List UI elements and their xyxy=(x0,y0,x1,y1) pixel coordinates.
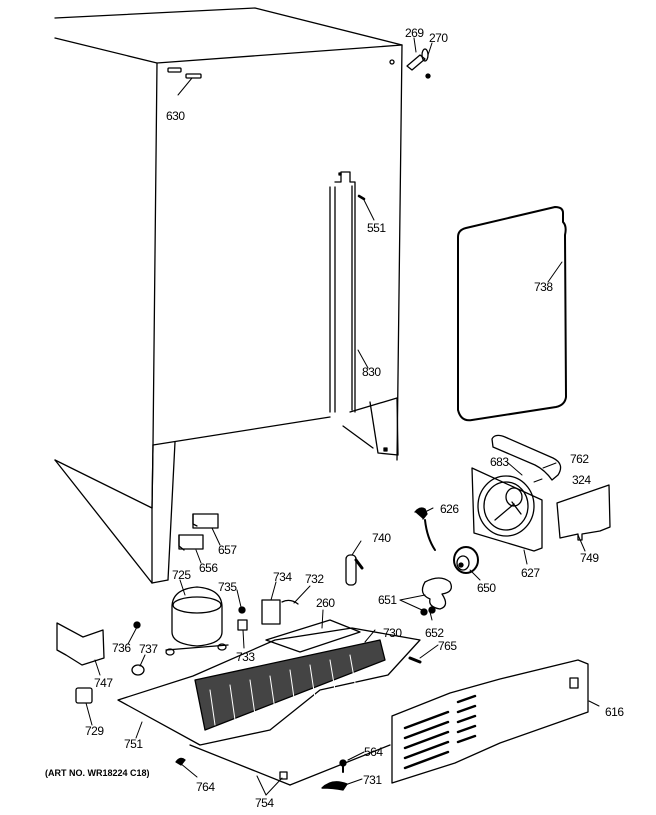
part-label-551[interactable]: 551 xyxy=(367,222,386,234)
part-label-738[interactable]: 738 xyxy=(534,281,553,293)
part-label-657[interactable]: 657 xyxy=(218,544,237,556)
part-label-754[interactable]: 754 xyxy=(255,797,274,809)
part-label-751[interactable]: 751 xyxy=(124,738,143,750)
part-label-765[interactable]: 765 xyxy=(438,640,457,652)
brackets xyxy=(179,514,218,550)
part-label-269[interactable]: 269 xyxy=(405,27,424,39)
part-label-652[interactable]: 652 xyxy=(425,627,444,639)
fan-shroud xyxy=(472,468,542,551)
heater-loop xyxy=(458,207,566,420)
diagram-drawing xyxy=(0,0,656,815)
part-label-729[interactable]: 729 xyxy=(85,725,104,737)
capacitor xyxy=(346,555,362,585)
part-label-651[interactable]: 651 xyxy=(378,594,397,606)
part-label-830[interactable]: 830 xyxy=(362,366,381,378)
part-label-762[interactable]: 762 xyxy=(570,453,589,465)
part-label-270[interactable]: 270 xyxy=(429,32,448,44)
part-label-749[interactable]: 749 xyxy=(580,552,599,564)
drain-tube xyxy=(415,508,435,550)
screw-551 xyxy=(359,196,364,199)
part-label-737[interactable]: 737 xyxy=(139,643,158,655)
part-label-747[interactable]: 747 xyxy=(94,677,113,689)
cover-plate xyxy=(557,485,610,540)
art-number: (ART NO. WR18224 C18) xyxy=(45,768,150,778)
fan-motor xyxy=(454,547,478,573)
compressor xyxy=(166,587,228,655)
clamp-731 xyxy=(322,782,347,790)
part-label-725[interactable]: 725 xyxy=(172,569,191,581)
part-label-735[interactable]: 735 xyxy=(218,581,237,593)
part-label-731[interactable]: 731 xyxy=(363,774,382,786)
sleeve-737 xyxy=(132,665,144,675)
clip-765 xyxy=(410,658,420,662)
part-label-730[interactable]: 730 xyxy=(383,627,402,639)
part-label-740[interactable]: 740 xyxy=(372,532,391,544)
part-label-764[interactable]: 764 xyxy=(196,781,215,793)
part-label-650[interactable]: 650 xyxy=(477,582,496,594)
part-label-630[interactable]: 630 xyxy=(166,110,185,122)
relay-cover-729 xyxy=(76,688,92,703)
part-label-732[interactable]: 732 xyxy=(305,573,324,585)
part-label-734[interactable]: 734 xyxy=(273,571,292,583)
part-label-683[interactable]: 683 xyxy=(490,456,509,468)
leader-lines xyxy=(86,38,599,795)
part-label-656[interactable]: 656 xyxy=(199,562,218,574)
cover-747 xyxy=(57,623,104,665)
part-label-626[interactable]: 626 xyxy=(440,503,459,515)
part-label-736[interactable]: 736 xyxy=(112,642,131,654)
part-label-564[interactable]: 564 xyxy=(364,746,383,758)
part-label-627[interactable]: 627 xyxy=(521,567,540,579)
parts-diagram: 269 270 630 551 830 738 762 683 324 626 … xyxy=(0,0,656,815)
fan-blade xyxy=(421,578,451,615)
part-label-260[interactable]: 260 xyxy=(316,597,335,609)
grille-panel xyxy=(392,660,588,783)
condenser-assembly xyxy=(118,620,420,785)
part-label-616[interactable]: 616 xyxy=(605,706,624,718)
part-label-324[interactable]: 324 xyxy=(572,474,591,486)
relay-parts xyxy=(238,600,298,630)
top-hinge xyxy=(407,49,430,78)
mullion xyxy=(330,172,355,412)
refrigerator-cabinet xyxy=(55,8,402,583)
part-label-733[interactable]: 733 xyxy=(236,651,255,663)
